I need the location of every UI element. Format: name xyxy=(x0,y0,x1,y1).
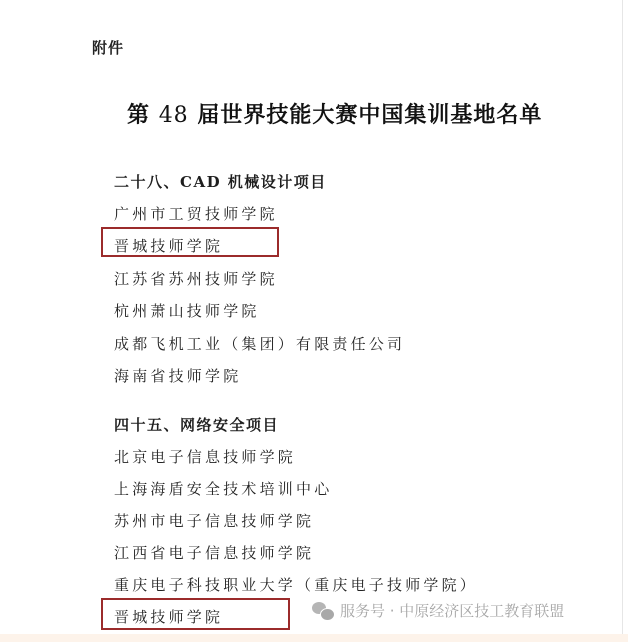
list-item: 广州市工贸技师学院 xyxy=(114,203,278,224)
section-heading-network-security: 四十五、网络安全项目 xyxy=(114,414,279,435)
wechat-icon xyxy=(312,602,334,620)
document-page: 附件 第 48 届世界技能大赛中国集训基地名单 二十八、CAD 机械设计项目 广… xyxy=(0,0,623,636)
document-title: 第 48 届世界技能大赛中国集训基地名单 xyxy=(127,98,542,129)
list-item: 苏州市电子信息技师学院 xyxy=(114,510,314,531)
list-item: 重庆电子科技职业大学（重庆电子技师学院） xyxy=(114,574,478,595)
list-item: 江西省电子信息技师学院 xyxy=(114,542,314,563)
list-item: 成都飞机工业（集团）有限责任公司 xyxy=(114,333,405,354)
list-item: 上海海盾安全技术培训中心 xyxy=(114,478,332,499)
list-item: 北京电子信息技师学院 xyxy=(114,446,296,467)
bottom-strip xyxy=(0,634,628,642)
title-prefix: 第 xyxy=(127,102,150,128)
list-item-highlighted: 晋城技师学院 xyxy=(114,235,223,256)
section-heading-cad: 二十八、CAD 机械设计项目 xyxy=(114,171,327,192)
list-item: 杭州萧山技师学院 xyxy=(114,300,260,321)
attachment-label: 附件 xyxy=(92,37,124,58)
title-suffix: 届世界技能大赛中国集训基地名单 xyxy=(197,102,542,128)
list-item: 海南省技师学院 xyxy=(114,365,241,386)
list-item-highlighted: 晋城技师学院 xyxy=(114,606,223,627)
watermark-text: 服务号 · 中原经济区技工教育联盟 xyxy=(340,600,564,621)
watermark: 服务号 · 中原经济区技工教育联盟 xyxy=(312,600,564,621)
title-number: 48 xyxy=(159,103,189,128)
list-item: 江苏省苏州技师学院 xyxy=(114,268,278,289)
